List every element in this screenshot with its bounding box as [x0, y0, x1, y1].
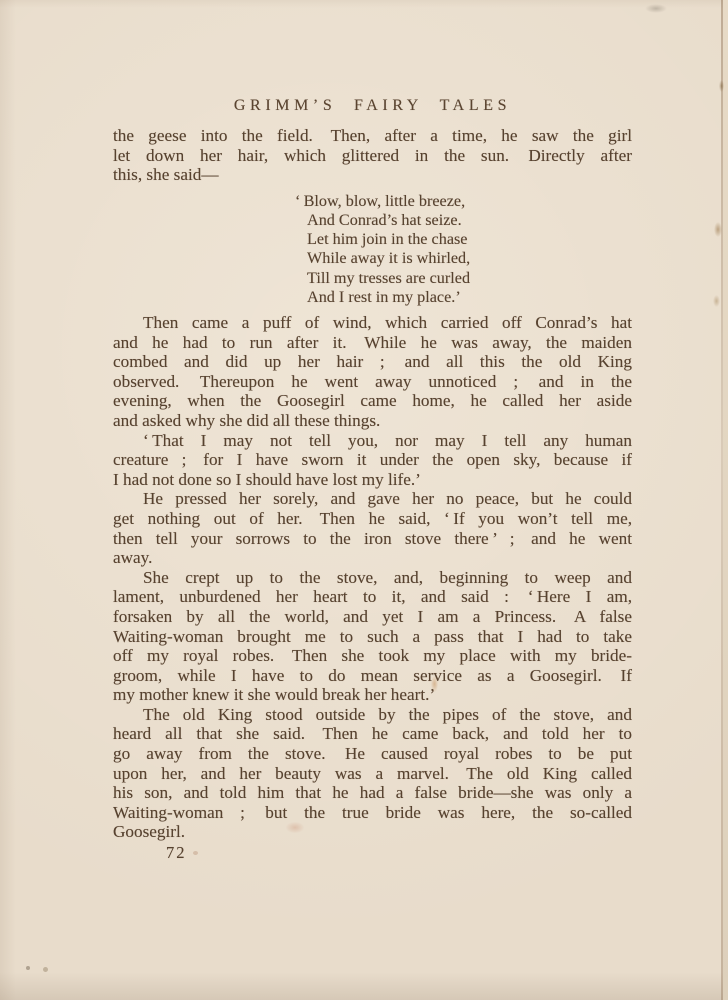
text-line: get nothing out of her. Then he said, ‘ … — [113, 509, 632, 529]
running-header: GRIMM’S FAIRY TALES — [113, 97, 632, 115]
text-line: upon her, and her beauty was a marvel. T… — [113, 764, 632, 784]
text-line: He pressed her sorely, and gave her no p… — [113, 489, 632, 509]
text-line: groom, while I have to do mean service a… — [113, 666, 632, 686]
text-line: ‘ That I may not tell you, nor may I tel… — [113, 431, 632, 451]
text-line: and he had to run after it. While he was… — [113, 333, 632, 353]
paragraph-wind: Then came a puff of wind, which carried … — [113, 313, 632, 431]
stain-mark — [26, 966, 30, 970]
text-line: off my royal robes. Then she took my pla… — [113, 646, 632, 666]
text-line: Goosegirl. — [113, 822, 632, 842]
text-line: my mother knew it she would break her he… — [113, 685, 632, 705]
text-line: And Conrad’s hat seize. — [307, 211, 632, 230]
stain-mark — [713, 295, 720, 307]
text-line: forsaken by all the world, and yet I am … — [113, 607, 632, 627]
paragraph-continuation: the geese into the field. Then, after a … — [113, 126, 632, 185]
text-line: ‘ Blow, blow, little breeze, — [307, 192, 632, 211]
text-line: creature ; for I have sworn it under the… — [113, 450, 632, 470]
book-page: GRIMM’S FAIRY TALES the geese into the f… — [0, 0, 728, 1000]
text-line: the geese into the field. Then, after a … — [113, 126, 632, 146]
text-line: Let him join in the chase — [307, 230, 632, 249]
page-edge — [723, 0, 728, 1000]
verse-block: ‘ Blow, blow, little breeze,And Conrad’s… — [113, 192, 632, 307]
text-line: away. — [113, 548, 632, 568]
paragraph-confession: She crept up to the stove, and, beginnin… — [113, 568, 632, 705]
text-line: She crept up to the stove, and, beginnin… — [113, 568, 632, 588]
text-line: The old King stood outside by the pipes … — [113, 705, 632, 725]
text-line: lament, unburdened her heart to it, and … — [113, 587, 632, 607]
text-line: Waiting-woman brought me to such a pass … — [113, 627, 632, 647]
text-line: and asked why she did all these things. — [113, 411, 632, 431]
paragraph-old-king: The old King stood outside by the pipes … — [113, 705, 632, 842]
text-line: heard all that she said. Then he came ba… — [113, 724, 632, 744]
text-line: observed. Thereupon he went away unnotic… — [113, 372, 632, 392]
text-line: then tell your sorrows to the iron stove… — [113, 529, 632, 549]
text-line: Till my tresses are curled — [307, 269, 632, 288]
text-line: Then came a puff of wind, which carried … — [113, 313, 632, 333]
text-line: combed and did up her hair ; and all thi… — [113, 352, 632, 372]
stain-mark — [645, 4, 667, 13]
stain-mark — [43, 967, 48, 972]
text-line: While away it is whirled, — [307, 249, 632, 268]
text-line: go away from the stove. He caused royal … — [113, 744, 632, 764]
text-line: Waiting-woman ; but the true bride was h… — [113, 803, 632, 823]
text-line: let down her hair, which glittered in th… — [113, 146, 632, 166]
text-line: I had not done so I should have lost my … — [113, 470, 632, 490]
text-line: his son, and told him that he had a fals… — [113, 783, 632, 803]
text-block: the geese into the field. Then, after a … — [113, 126, 632, 863]
text-line: evening, when the Goosegirl came home, h… — [113, 391, 632, 411]
text-line: this, she said— — [113, 165, 632, 185]
page-number: 72 — [113, 843, 632, 863]
paragraph-oath: ‘ That I may not tell you, nor may I tel… — [113, 431, 632, 490]
text-line: And I rest in my place.’ — [307, 288, 632, 307]
paragraph-iron-stove: He pressed her sorely, and gave her no p… — [113, 489, 632, 567]
